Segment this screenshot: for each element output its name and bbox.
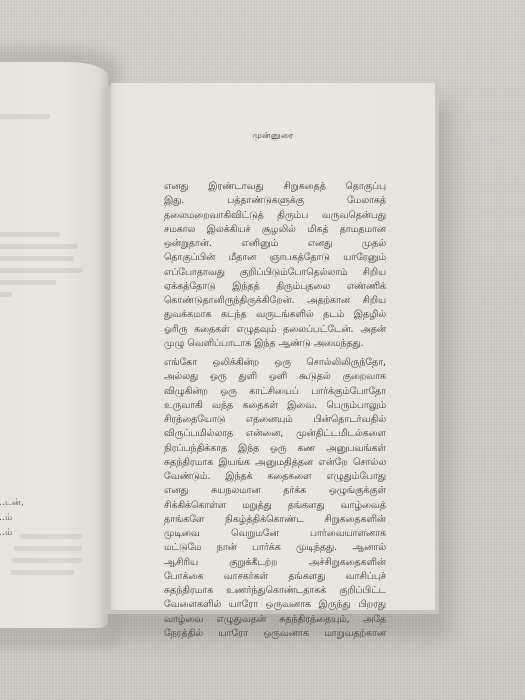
text-line: துவக்கமாக கடந்த வருடங்களில் தடம் இதழில்	[164, 308, 386, 322]
left-page-fragment: …ம்	[0, 529, 12, 538]
left-page-text-line	[20, 534, 82, 539]
text-line: இது. பத்தாண்டுகளுக்கு மேலாகத்	[164, 194, 386, 208]
text-line: நேரத்தில் யாரோ ஒருவனாக மாறுவதற்கான	[164, 627, 386, 641]
text-line: முழு வெளிப்பாடாக இந்த ஆண்டு அமைந்தது.	[164, 337, 386, 351]
left-page-text-line	[10, 570, 74, 575]
left-page-text-line	[0, 256, 74, 261]
text-line: முடிவை வெறுமனே பார்வையாளனாக	[164, 527, 386, 541]
text-line: போக்கை வாசகர்கள் தங்களது வாசிப்புச்	[164, 570, 386, 584]
paragraph-1: எனது இரண்டாவது சிறுகதைத் தொகுப்பு இது. ப…	[164, 180, 386, 351]
text-line: எங்கோ ஒலிக்கின்ற ஒரு சொல்லிலிருந்தோ,	[164, 356, 386, 370]
left-page-text-line	[14, 546, 82, 551]
text-line: ஒன்றுதான். எனினும் எனது முதல்	[164, 237, 386, 251]
text-line: தாங்களே நிகழ்த்திக்கொண்ட சிறுகதைகளின்	[164, 513, 386, 527]
text-line: சுதந்திரமாக உணர்ந்துகொண்டதாகக் குறிப்பிட…	[164, 584, 386, 598]
text-line: சிரத்தையோடு எதனையும் பின்தொடர்வதில்	[164, 413, 386, 427]
text-line: உருவாகி வந்த கதைகள் இவை. பெரும்பாலும்	[164, 399, 386, 413]
text-line: தொகுப்பின் மீதான ஞாபகத்தோடு யாரேனும்	[164, 251, 386, 265]
left-page-text-line	[0, 280, 56, 285]
text-line: ஏக்கத்தோடு இந்தத் திரும்புதலை எண்ணிக்	[164, 280, 386, 294]
text-line: அல்லது ஒரு துளி ஒளி கூடுதல் குறைவாக	[164, 370, 386, 384]
right-page: முன்னுரை எனது இரண்டாவது சிறுகதைத் தொகுப்…	[111, 83, 436, 611]
left-page-fragment: …டன்,	[0, 499, 24, 508]
text-line: வாழ்வை எழுதுவதன் சுதந்திரத்தையும், அதே	[164, 613, 386, 627]
text-line: சுதந்திரமாக இயங்க அனுமதித்தன என்றே சொல்ல	[164, 456, 386, 470]
text-line: வேளைகளில் யாரோ ஒருவனாக இருந்து பிறரது	[164, 598, 386, 612]
body-text: எனது இரண்டாவது சிறுகதைத் தொகுப்பு இது. ப…	[164, 180, 386, 641]
left-page-fragment: …ம்	[0, 514, 12, 523]
text-line: தலைமறைவாகிவிட்டுத் திரும்ப வருவதென்பது	[164, 209, 386, 223]
text-line: கொண்டுதானிருந்திருக்கிறேன். அதற்கான சிறி…	[164, 294, 386, 308]
paragraph-2: எங்கோ ஒலிக்கின்ற ஒரு சொல்லிலிருந்தோ, அல்…	[164, 356, 386, 641]
left-page-text-line	[0, 292, 12, 297]
left-page-text-line	[12, 558, 82, 563]
text-line: ஓரிரு கதைகள் எழுதவும் தலைப்பட்டேன். அதன்	[164, 323, 386, 337]
text-line: சமகால இலக்கியச் சூழலில் மிகத் தாமதமான	[164, 223, 386, 237]
left-page-text-line	[0, 268, 82, 273]
left-page-text-line	[0, 232, 60, 237]
text-line: நிரப்பந்திக்காத இந்த ஒரு கண அனுபவங்கள்	[164, 442, 386, 456]
left-page-text-line	[0, 244, 78, 249]
text-line: எப்போதாவது குறிப்பிடும்போதெல்லாம் சிறிய	[164, 266, 386, 280]
page-heading: முன்னுரை	[111, 131, 435, 142]
text-line: எனது இரண்டாவது சிறுகதைத் தொகுப்பு	[164, 180, 386, 194]
text-line: விழுகின்ற ஒரு காட்சியைப் பார்க்கும்போதோ	[164, 385, 386, 399]
left-page: …டன், …ம் …ம்	[0, 62, 108, 628]
text-line: ஆசிரிய குறுக்கீடற்ற அச்சிறுகதைகளின்	[164, 556, 386, 570]
left-page-text-line	[0, 114, 50, 119]
text-line: எனது சுயநலமான தர்க்க ஒழுங்குக்குள்	[164, 484, 386, 498]
text-line: சிக்கிக்கொள்ள மறுத்து தங்களது வாழ்வைத்	[164, 499, 386, 513]
text-line: வேண்டும். இந்தக் கதைகளை எழுதும்போது	[164, 470, 386, 484]
text-line: மட்டுமே நான் பார்க்க முடிந்தது. ஆனால்	[164, 541, 386, 555]
text-line: விருப்பமில்லாத என்னை, முன்திட்டமிடல்களை	[164, 427, 386, 441]
